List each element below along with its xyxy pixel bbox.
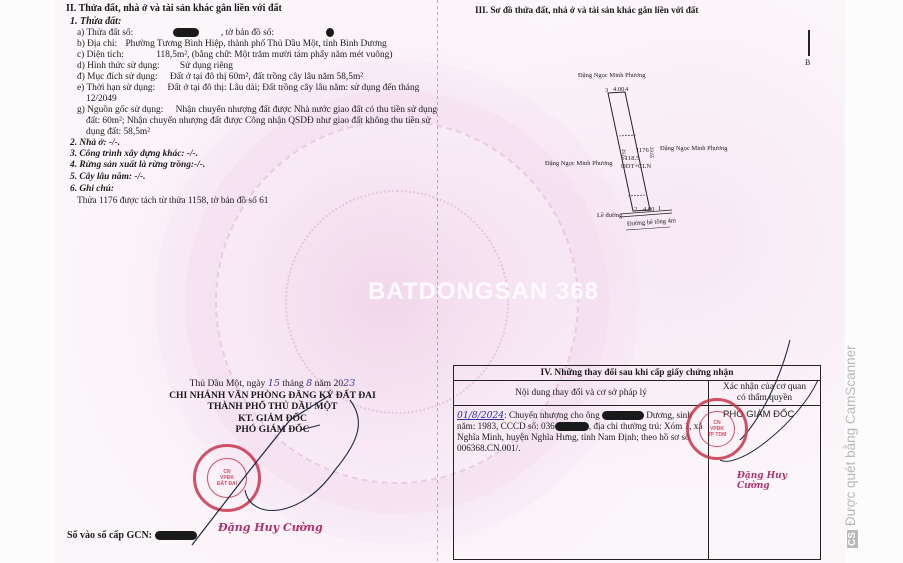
parcel-number-label: 1176 bbox=[636, 147, 649, 154]
changes-table: IV. Những thay đổi sau khi cấp giấy chứn… bbox=[453, 365, 821, 560]
top-width-label: 4.00 bbox=[613, 86, 624, 93]
neighbor-right-label: Đặng Ngọc Minh Phương bbox=[660, 145, 727, 152]
col-header-content: Nội dung thay đổi và cơ sở pháp lý bbox=[454, 381, 709, 405]
corner-4: 4 bbox=[625, 86, 628, 93]
corner-3: 3 bbox=[605, 87, 608, 94]
col-header-confirm-line1: Xác nhận của cơ quan bbox=[709, 382, 820, 393]
bottom-width-label: 4.00 bbox=[643, 206, 654, 213]
corner-2: 2 bbox=[634, 206, 637, 213]
redacted-id-number bbox=[555, 422, 589, 431]
side-length-right: 29.65 bbox=[648, 147, 653, 158]
parcel-area-label: 118.5 bbox=[625, 155, 639, 162]
redacted-buyer-name bbox=[602, 411, 644, 420]
change-entry-content: 01/8/2024: Chuyển nhượng cho ông Dương, … bbox=[454, 406, 709, 560]
parcel-use-label: ODT+CLN bbox=[621, 163, 651, 170]
camscanner-watermark: CSĐược quét bằng CamScanner bbox=[843, 345, 858, 548]
neighbor-left-label: Đặng Ngọc Minh Phương bbox=[545, 160, 612, 167]
seal-inner-right: CNVPĐKTP TDM bbox=[699, 411, 735, 447]
corner-1: 1 bbox=[658, 205, 661, 212]
side-length-left: 29.65 bbox=[620, 149, 625, 160]
changes-table-title: IV. Những thay đổi sau khi cấp giấy chứn… bbox=[454, 366, 820, 381]
road-edge-label: Lề đường bbox=[597, 212, 622, 219]
change-entry-row: 01/8/2024: Chuyển nhượng cho ông Dương, … bbox=[454, 406, 820, 560]
changes-table-header: Nội dung thay đổi và cơ sở pháp lý Xác n… bbox=[454, 381, 820, 406]
official-seal-right: CNVPĐKTP TDM bbox=[686, 398, 748, 460]
change-entry-date: 01/8/2024 bbox=[457, 410, 504, 421]
camscanner-logo-icon: CS bbox=[847, 530, 858, 548]
neighbor-top-label: Đặng Ngọc Minh Phương bbox=[578, 72, 645, 79]
change-entry-text: : Chuyển nhượng cho ông bbox=[504, 410, 600, 420]
confirm-signer: Đặng Huy Cường bbox=[737, 471, 820, 491]
camscanner-text: Được quét bằng CamScanner bbox=[843, 345, 858, 526]
